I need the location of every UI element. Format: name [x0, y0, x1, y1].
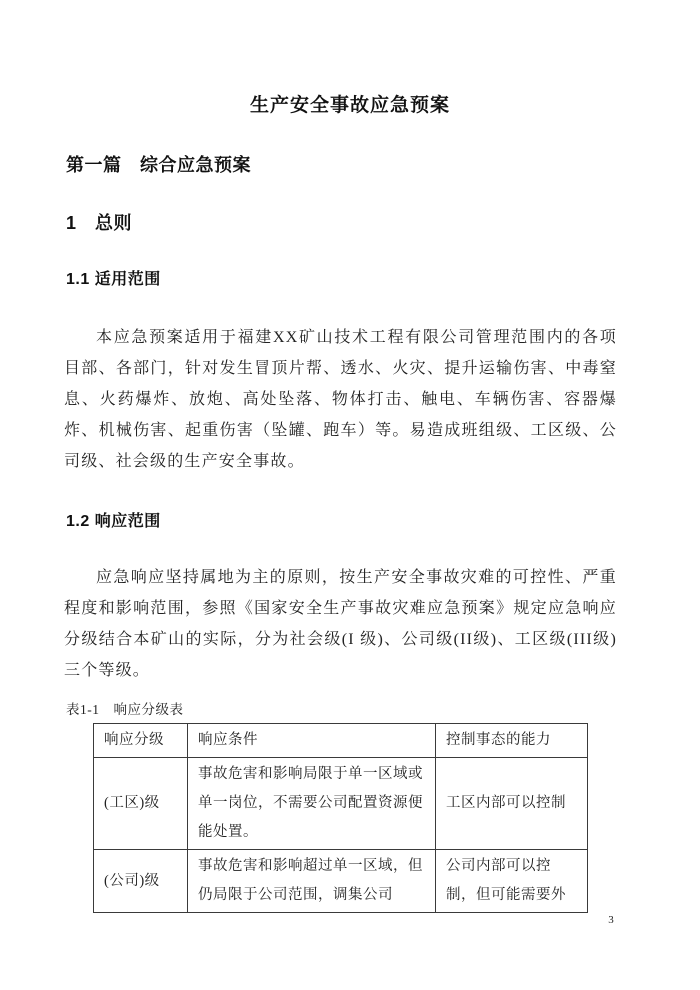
section-1-2-heading: 1.2 响应范围: [66, 508, 161, 531]
header-response-level: 响应分级: [94, 724, 188, 758]
response-level-table: 响应分级 响应条件 控制事态的能力 (工区)级 事故危害和影响局限于单一区域或单…: [93, 723, 588, 913]
section-1-2-paragraph: 应急响应坚持属地为主的原则，按生产安全事故灾难的可控性、严重程度和影响范围，参照…: [64, 562, 617, 686]
section-1-1-paragraph: 本应急预案适用于福建XX矿山技术工程有限公司管理范围内的各项目部、各部门，针对发…: [64, 322, 617, 477]
page-number: 3: [596, 914, 626, 926]
cell-level: (公司)级: [94, 850, 188, 913]
header-response-condition: 响应条件: [188, 724, 436, 758]
table-row: (工区)级 事故危害和影响局限于单一区域或单一岗位，不需要公司配置资源便能处置。…: [94, 758, 588, 850]
document-title: 生产安全事故应急预案: [0, 90, 700, 117]
table-row: (公司)级 事故危害和影响超过单一区域，但仍局限于公司范围，调集公司 公司内部可…: [94, 850, 588, 913]
section-1-1-heading: 1.1 适用范围: [66, 266, 161, 289]
cell-ability: 公司内部可以控制，但可能需要外: [436, 850, 588, 913]
table-header-row: 响应分级 响应条件 控制事态的能力: [94, 724, 588, 758]
header-control-ability: 控制事态的能力: [436, 724, 588, 758]
part1-heading: 第一篇 综合应急预案: [66, 151, 251, 177]
cell-ability: 工区内部可以控制: [436, 758, 588, 850]
table-1-1-caption: 表1-1 响应分级表: [66, 698, 184, 718]
cell-condition: 事故危害和影响局限于单一区域或单一岗位，不需要公司配置资源便能处置。: [188, 758, 436, 850]
cell-level: (工区)级: [94, 758, 188, 850]
document-page: 生产安全事故应急预案 第一篇 综合应急预案 1 总则 1.1 适用范围 本应急预…: [0, 0, 700, 990]
cell-condition: 事故危害和影响超过单一区域，但仍局限于公司范围，调集公司: [188, 850, 436, 913]
chapter1-heading: 1 总则: [66, 209, 132, 235]
